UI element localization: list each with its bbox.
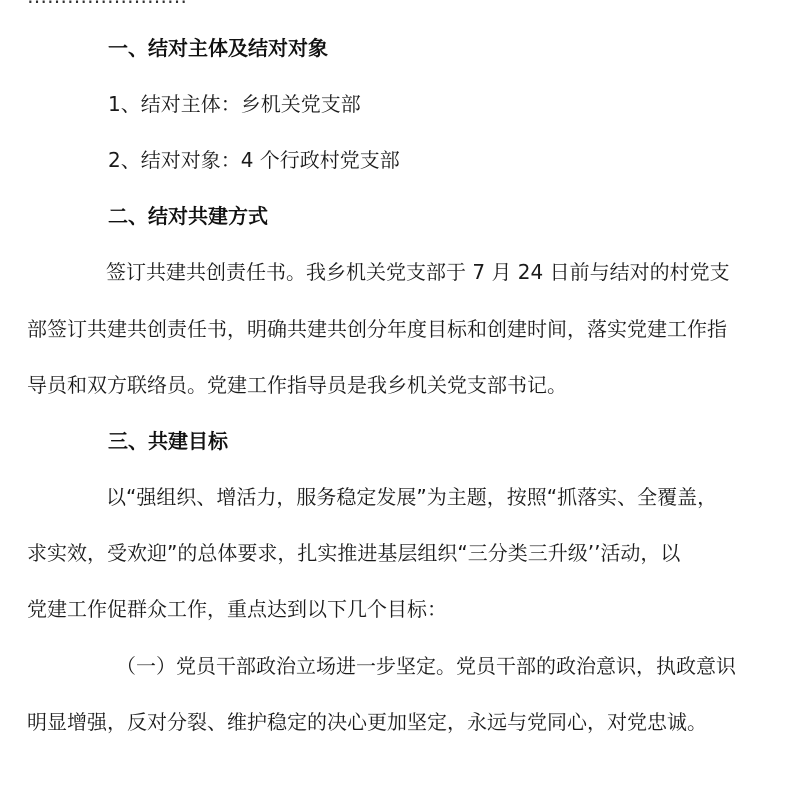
- paragraph-line: 部签订共建共创责任书，明确共建共创分年度目标和创建时间，落实党建工作指: [27, 315, 777, 343]
- document-page: …………………… 一、结对主体及结对对象 1、结对主体：乡机关党支部 2、结对对…: [0, 0, 800, 800]
- paragraph-line: 签订共建共创责任书。我乡机关党支部于 7 月 24 日前与结对的村党支: [106, 258, 800, 286]
- section-heading-2: 二、结对共建方式: [108, 202, 800, 230]
- section-heading-1: 一、结对主体及结对对象: [108, 34, 800, 62]
- paragraph-line: 以“强组织、增活力，服务稳定发展”为主题，按照“抓落实、全覆盖，: [106, 483, 800, 511]
- section-heading-3: 三、共建目标: [108, 427, 800, 455]
- paragraph-line: 求实效，受欢迎”的总体要求，扎实推进基层组织“三分类三升级’’活动，以: [27, 539, 777, 567]
- sub-paragraph-line: 明显增强，反对分裂、维护稳定的决心更加坚定，永远与党同心，对党忠诚。: [27, 708, 777, 736]
- paragraph-line: 党建工作促群众工作，重点达到以下几个目标：: [27, 595, 777, 623]
- list-item-pairing-subject: 1、结对主体：乡机关党支部: [108, 90, 800, 118]
- list-item-pairing-target: 2、结对对象：4 个行政村党支部: [108, 146, 800, 174]
- paragraph-line: 导员和双方联络员。党建工作指导员是我乡机关党支部书记。: [27, 371, 777, 399]
- sub-paragraph-line: （一）党员干部政治立场进一步坚定。党员干部的政治意识，执政意识: [116, 652, 800, 680]
- cropped-text-line: ……………………: [27, 0, 777, 10]
